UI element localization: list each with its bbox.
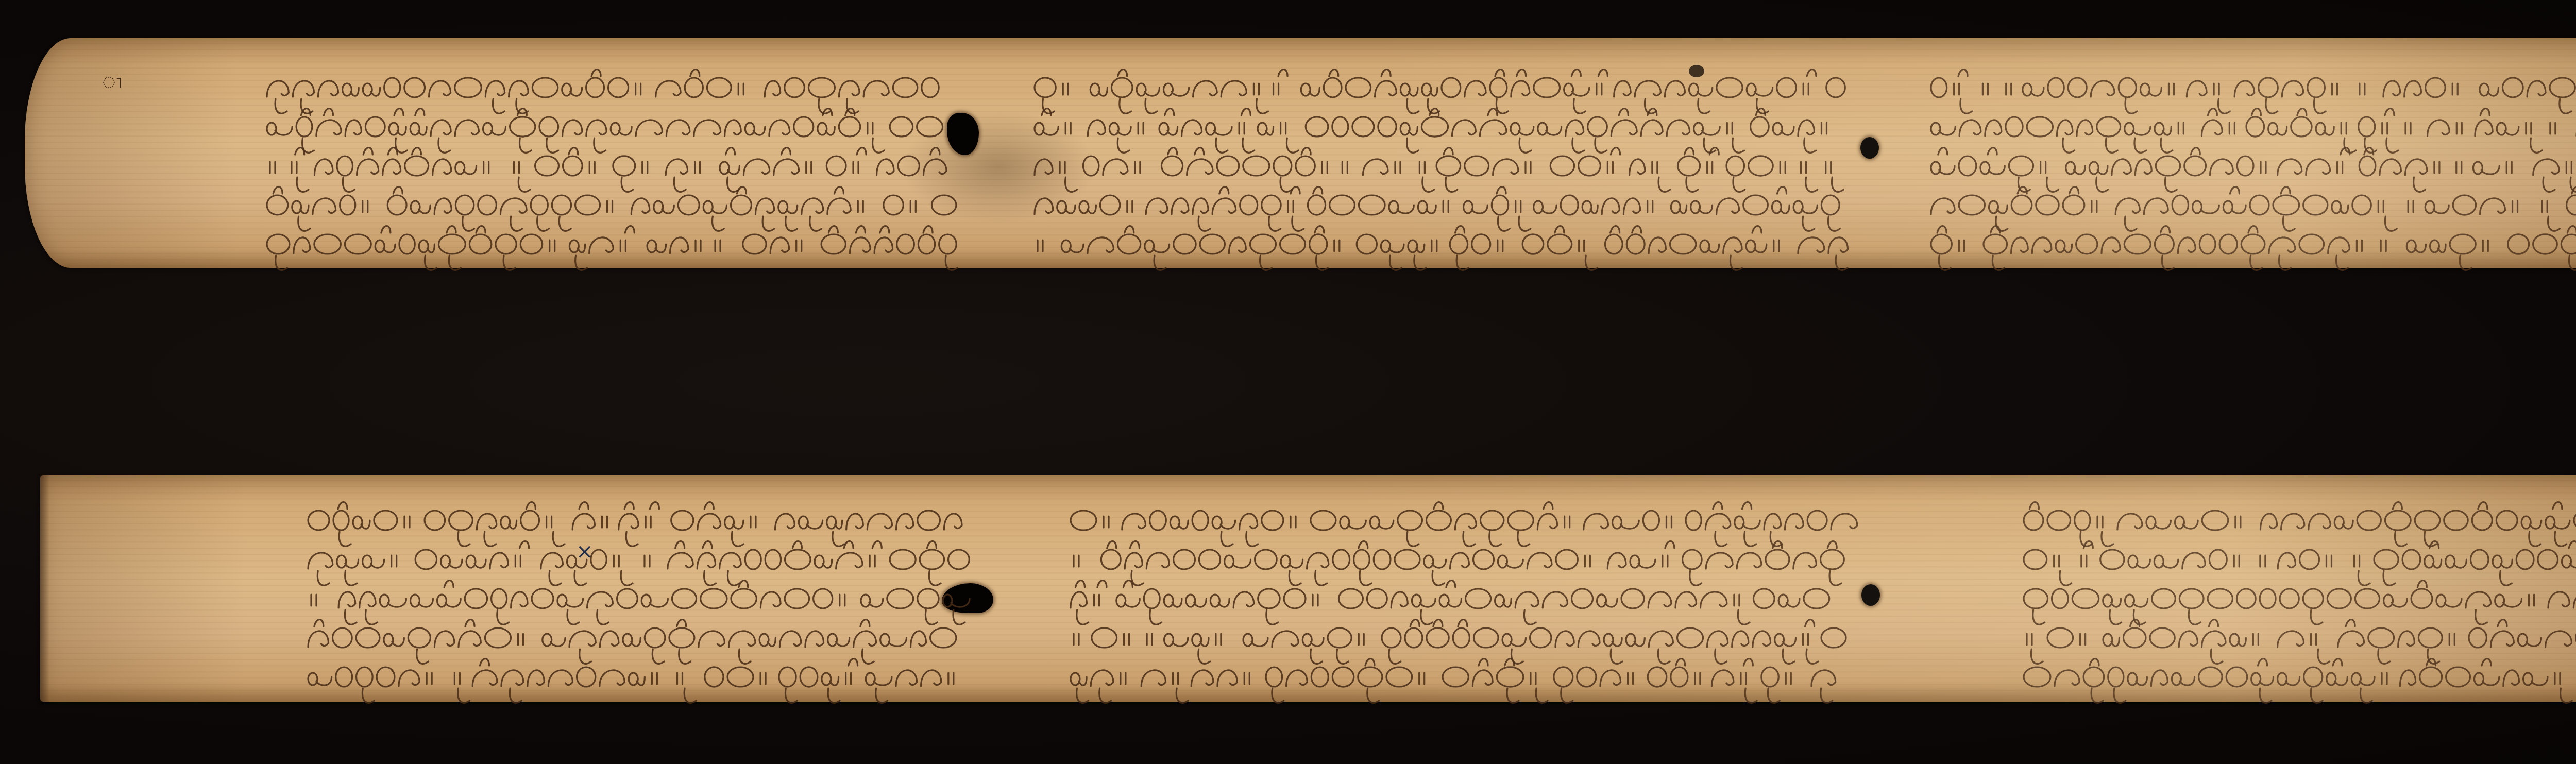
manuscript-line [1931, 231, 2576, 263]
manuscript-line [267, 74, 962, 106]
manuscript-line [1071, 546, 1854, 578]
manuscript-line [267, 231, 962, 263]
manuscript-line [267, 192, 962, 224]
manuscript-line [1071, 664, 1854, 695]
manuscript-line [308, 664, 978, 695]
blue-correction-mark: × [576, 540, 594, 564]
manuscript-line [1035, 152, 1859, 184]
manuscript-line [308, 507, 978, 539]
palm-leaf-lower: Palm leaf (verso/lower) ၀ × [40, 475, 2576, 702]
manuscript-line [267, 113, 962, 145]
manuscript-line [2024, 507, 2576, 539]
manuscript-line [1035, 113, 1859, 145]
manuscript-line [1931, 74, 2576, 106]
manuscript-line [267, 152, 962, 184]
manuscript-line [1035, 192, 1859, 224]
manuscript-line [2024, 585, 2576, 617]
string-hole-right [1861, 584, 1880, 606]
manuscript-line [1035, 74, 1859, 106]
manuscript-line [1035, 231, 1859, 263]
folio-number-mark: ၢ [102, 69, 122, 92]
string-hole-right [1860, 137, 1879, 159]
manuscript-line [308, 585, 978, 617]
manuscript-line [2024, 546, 2576, 578]
palm-leaf-upper: Palm leaf (recto/upper) ၢ [25, 38, 2576, 268]
ink-blot-mark [1689, 65, 1704, 77]
manuscript-line [2024, 624, 2576, 656]
manuscript-line [1931, 192, 2576, 224]
manuscript-line [1931, 152, 2576, 184]
manuscript-line [1071, 585, 1854, 617]
manuscript-line [2024, 664, 2576, 695]
manuscript-line [1931, 113, 2576, 145]
manuscript-line [1071, 624, 1854, 656]
manuscript-line [1071, 507, 1854, 539]
manuscript-line [308, 546, 978, 578]
manuscript-line [308, 624, 978, 656]
